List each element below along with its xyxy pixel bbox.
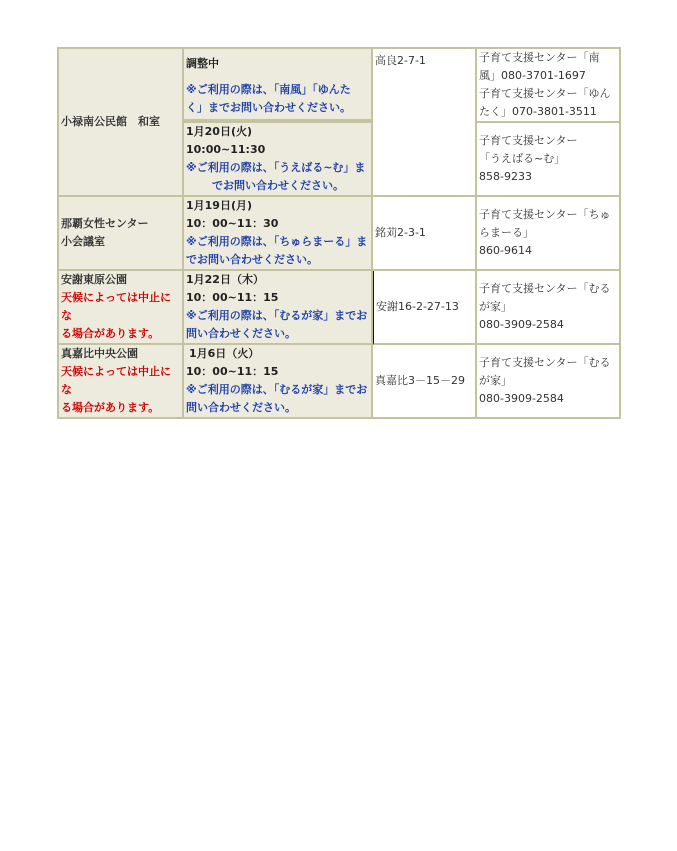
address-cell: 高良2-7-1 bbox=[373, 49, 477, 197]
contact-line: 080-3909-2584 bbox=[479, 390, 617, 408]
session-time: 10:00~11:30 bbox=[186, 141, 369, 159]
session-time: 10：00~11：15 bbox=[186, 363, 369, 381]
session-date: 1月19日(月) bbox=[186, 197, 369, 215]
venue-room: 小会議室 bbox=[61, 233, 180, 251]
contact-line: 風」080-3701-1697 bbox=[479, 67, 617, 85]
venue-name: 安謝東原公園 bbox=[61, 271, 180, 289]
contact-line: が家」 bbox=[479, 298, 617, 316]
contact-note: ※ご利用の際は、「むるが家」までお 問い合わせください。 bbox=[186, 307, 369, 343]
address: 安謝16-2-27-13 bbox=[376, 300, 459, 313]
session-time: 10：00~11：30 bbox=[186, 215, 369, 233]
contact-cell: 子育て支援センター「むる が家」 080-3909-2584 bbox=[477, 345, 619, 417]
contact-line: 子育て支援センター bbox=[479, 132, 617, 150]
contact-note: ※ご利用の際は、「南風」「ゆんた く」までお問い合わせください。 bbox=[186, 81, 369, 117]
table-row: 那覇女性センター 小会議室 1月19日(月) 10：00~11：30 ※ご利用の… bbox=[59, 197, 619, 271]
table-row: 安謝東原公園 天候によっては中止にな る場合があります。 1月22日（木） 10… bbox=[59, 271, 619, 345]
schedule-table: 小禄南公民館 和室 調整中 ※ご利用の際は、「南風」「ゆんた く」までお問い合わ… bbox=[57, 47, 621, 419]
contact-line: らまーる」 bbox=[479, 224, 617, 242]
contact-note: ※ご利用の際は、「むるが家」までお 問い合わせください。 bbox=[186, 381, 369, 417]
contact-line: たく」070-3801-3511 bbox=[479, 103, 617, 121]
session-cell: 1月22日（木） 10：00~11：15 ※ご利用の際は、「むるが家」までお 問… bbox=[184, 271, 373, 345]
venue-name: 真嘉比中央公園 bbox=[61, 345, 180, 363]
venue-cell: 真嘉比中央公園 天候によっては中止にな る場合があります。 bbox=[59, 345, 184, 417]
contact-line: が家」 bbox=[479, 372, 617, 390]
venue-cell: 那覇女性センター 小会議室 bbox=[59, 197, 184, 271]
session-date: 1月22日（木） bbox=[186, 271, 369, 289]
venue-cell: 小禄南公民館 和室 bbox=[59, 49, 184, 197]
contact-note: ※ご利用の際は、「うえばる~む」ま でお問い合わせください。 bbox=[186, 159, 369, 195]
contact-cell: 子育て支援センター「南 風」080-3701-1697 子育て支援センター「ゆん… bbox=[477, 49, 619, 123]
venue-name: 那覇女性センター bbox=[61, 215, 180, 233]
contact-line: 子育て支援センター「むる bbox=[479, 354, 617, 372]
weather-warning: 天候によっては中止にな る場合があります。 bbox=[61, 363, 180, 417]
address: 銘苅2-3-1 bbox=[375, 226, 426, 239]
contact-line: 子育て支援センター「南 bbox=[479, 49, 617, 67]
address-cell: 銘苅2-3-1 bbox=[373, 197, 477, 271]
contact-line: 858-9233 bbox=[479, 168, 617, 186]
contact-line: 860-9614 bbox=[479, 242, 617, 260]
session-cell: 1月6日（火） 10：00~11：15 ※ご利用の際は、「むるが家」までお 問い… bbox=[184, 345, 373, 417]
address-cell: 真嘉比3－15－29 bbox=[373, 345, 477, 417]
session-cell: 1月19日(月) 10：00~11：30 ※ご利用の際は、「ちゅらまーる」ま で… bbox=[184, 197, 373, 271]
contact-cell: 子育て支援センター「ちゅ らまーる」 860-9614 bbox=[477, 197, 619, 271]
session-cell: 調整中 ※ご利用の際は、「南風」「ゆんた く」までお問い合わせください。 bbox=[184, 49, 373, 123]
contact-line: 子育て支援センター「ちゅ bbox=[479, 206, 617, 224]
contact-line: 「うえばる~む」 bbox=[479, 150, 617, 168]
contact-line: 080-3909-2584 bbox=[479, 316, 617, 334]
session-date: 1月6日（火） bbox=[186, 345, 369, 363]
session-time: 10：00~11：15 bbox=[186, 289, 369, 307]
table-row: 小禄南公民館 和室 調整中 ※ご利用の際は、「南風」「ゆんた く」までお問い合わ… bbox=[59, 49, 619, 123]
contact-cell: 子育て支援センター「むる が家」 080-3909-2584 bbox=[477, 271, 619, 345]
venue-cell: 安謝東原公園 天候によっては中止にな る場合があります。 bbox=[59, 271, 184, 345]
contact-line: 子育て支援センター「むる bbox=[479, 280, 617, 298]
contact-note: ※ご利用の際は、「ちゅらまーる」ま でお問い合わせください。 bbox=[186, 233, 369, 269]
session-cell: 1月20日(火) 10:00~11:30 ※ご利用の際は、「うえばる~む」ま で… bbox=[184, 123, 373, 197]
venue-name: 小禄南公民館 和室 bbox=[61, 115, 160, 128]
session-date: 1月20日(火) bbox=[186, 123, 369, 141]
contact-cell: 子育て支援センター 「うえばる~む」 858-9233 bbox=[477, 123, 619, 197]
weather-warning: 天候によっては中止にな る場合があります。 bbox=[61, 289, 180, 343]
address-cell: 安謝16-2-27-13 bbox=[373, 271, 477, 345]
contact-line: 子育て支援センター「ゆん bbox=[479, 85, 617, 103]
address: 高良2-7-1 bbox=[375, 54, 426, 67]
table-row: 真嘉比中央公園 天候によっては中止にな る場合があります。 1月6日（火） 10… bbox=[59, 345, 619, 417]
session-status: 調整中 bbox=[186, 55, 369, 73]
address: 真嘉比3－15－29 bbox=[375, 374, 465, 387]
